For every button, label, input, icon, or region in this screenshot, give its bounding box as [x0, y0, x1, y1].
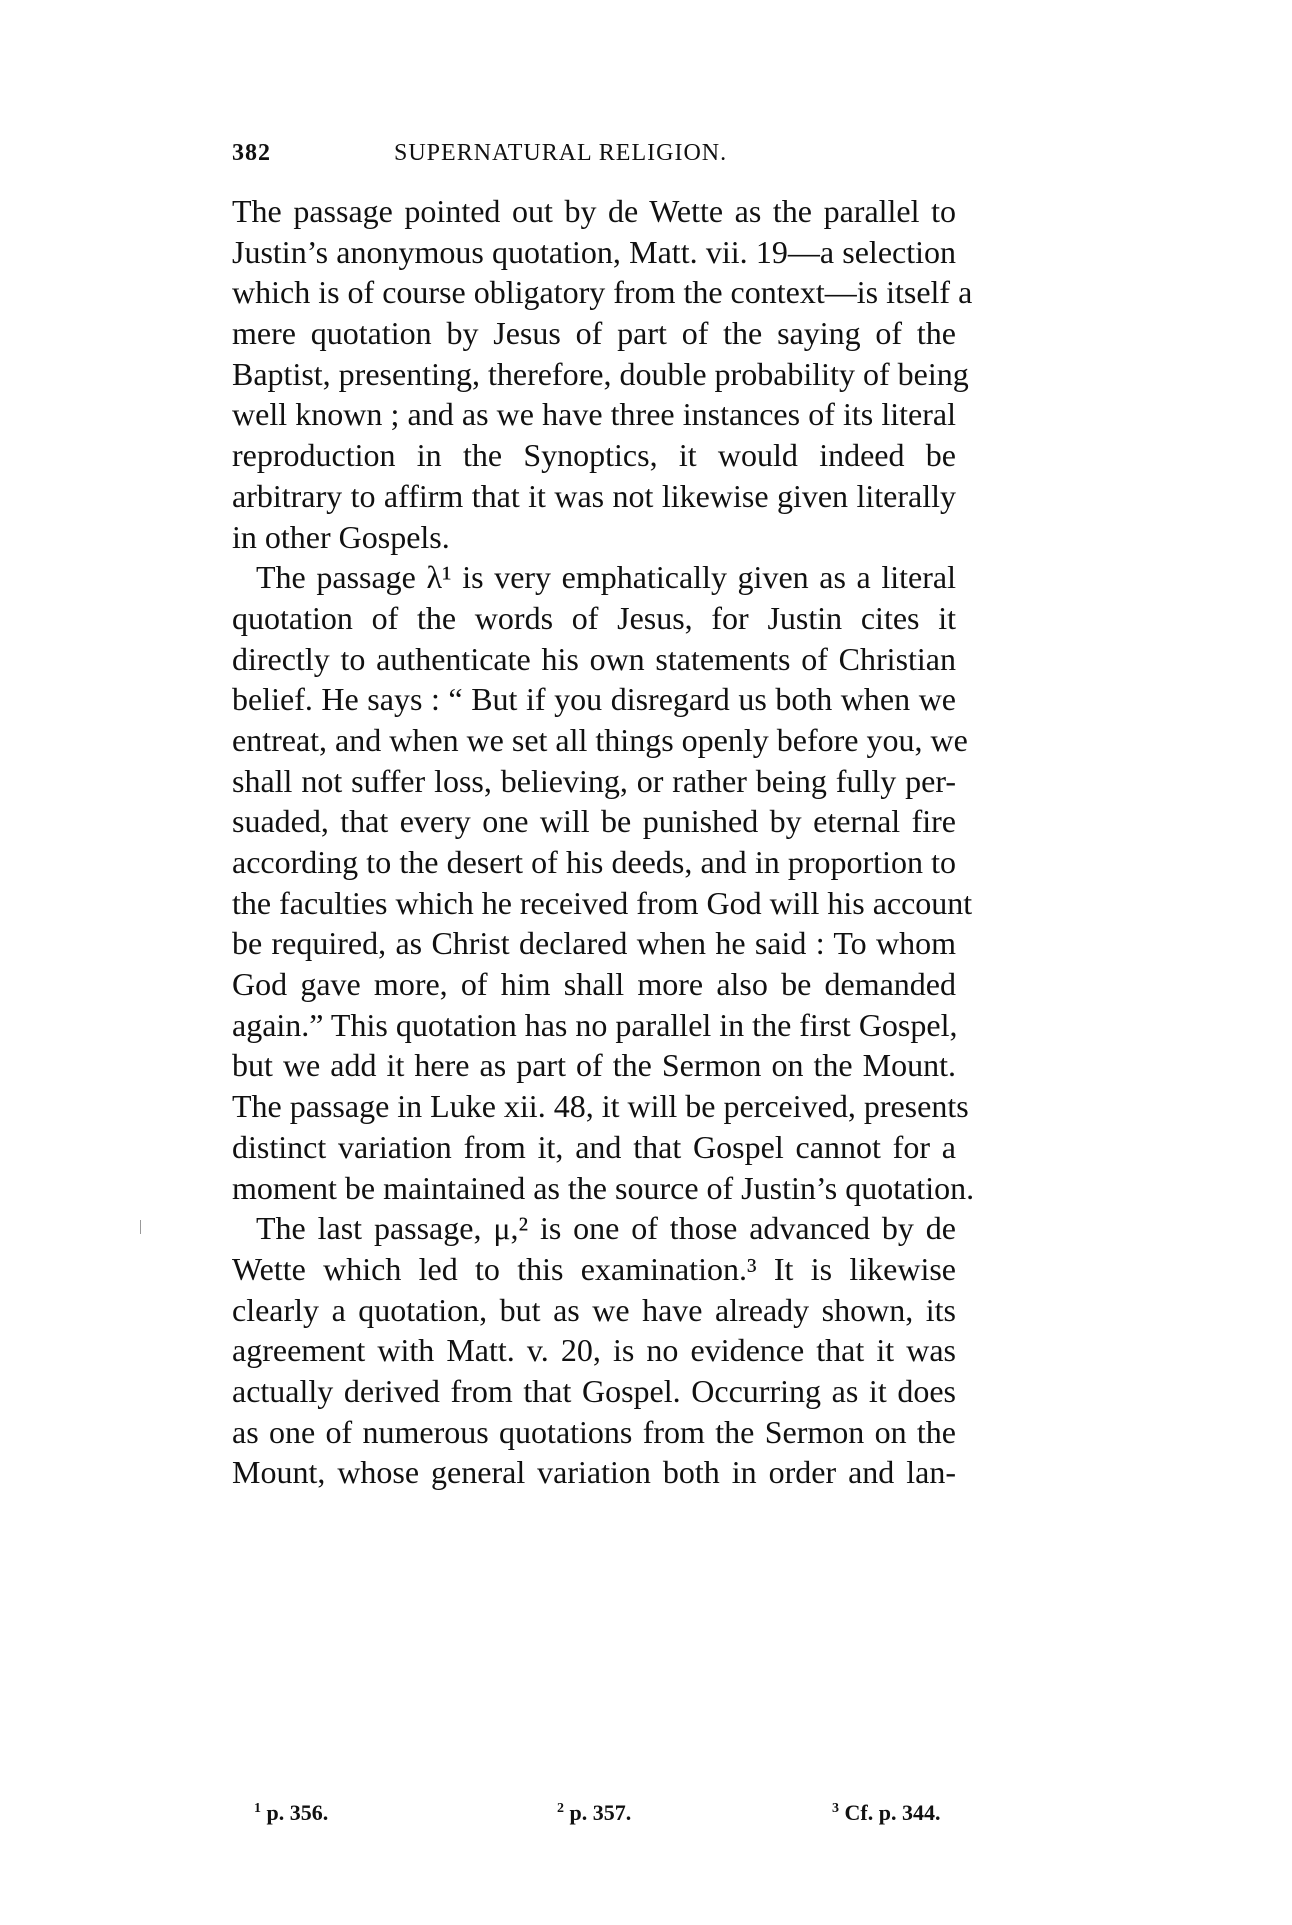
page-number: 382 [232, 140, 271, 167]
text-line: reproduction in the Synoptics, it would … [232, 435, 956, 476]
text-line: The passage in Luke xii. 48, it will be … [232, 1086, 956, 1127]
text-line: quotation of the words of Jesus, for Jus… [232, 598, 956, 639]
text-line: agreement with Matt. v. 20, is no eviden… [232, 1330, 956, 1371]
text-line: shall not suffer loss, believing, or rat… [232, 761, 956, 802]
text-line: The passage pointed out by de Wette as t… [232, 191, 956, 232]
text-line: as one of numerous quotations from the S… [232, 1412, 956, 1453]
text-line: be required, as Christ declared when he … [232, 923, 956, 964]
text-line: again.” This quotation has no parallel i… [232, 1005, 956, 1046]
book-page: 382 SUPERNATURAL RELIGION. The passage p… [0, 0, 1292, 1925]
text-line: Baptist, presenting, therefore, double p… [232, 354, 956, 395]
text-line: well known ; and as we have three instan… [232, 394, 956, 435]
text-line: The last passage, μ,² is one of those ad… [232, 1208, 956, 1249]
text-line: Justin’s anonymous quotation, Matt. vii.… [232, 232, 956, 273]
text-line: in other Gospels. [232, 517, 956, 558]
footnotes: 1 p. 356. 2 p. 357. 3 Cf. p. 344. [232, 1800, 956, 1840]
running-head: SUPERNATURAL RELIGION. [394, 140, 727, 167]
text-line: belief. He says : “ But if you disregard… [232, 679, 956, 720]
text-line: but we add it here as part of the Sermon… [232, 1045, 956, 1086]
text-line: according to the desert of his deeds, an… [232, 842, 956, 883]
text-line: mere quotation by Jesus of part of the s… [232, 313, 956, 354]
text-line: clearly a quotation, but as we have alre… [232, 1290, 956, 1331]
footnote-2: 2 p. 357. [557, 1800, 631, 1826]
scan-mark [140, 1220, 141, 1234]
footnote-3: 3 Cf. p. 344. [832, 1800, 940, 1826]
text-line: actually derived from that Gospel. Occur… [232, 1371, 956, 1412]
text-line: Mount, whose general variation both in o… [232, 1452, 956, 1493]
text-line: Wette which led to this examination.³ It… [232, 1249, 956, 1290]
text-line: entreat, and when we set all things open… [232, 720, 956, 761]
text-line: directly to authenticate his own stateme… [232, 639, 956, 680]
text-line: God gave more, of him shall more also be… [232, 964, 956, 1005]
text-line: suaded, that every one will be punished … [232, 801, 956, 842]
text-line: which is of course obligatory from the c… [232, 272, 956, 313]
page-header: 382 SUPERNATURAL RELIGION. [232, 140, 952, 180]
footnote-1: 1 p. 356. [254, 1800, 328, 1826]
text-line: moment be maintained as the source of Ju… [232, 1168, 956, 1209]
text-line: The passage λ¹ is very emphatically give… [232, 557, 956, 598]
text-line: arbitrary to affirm that it was not like… [232, 476, 956, 517]
text-line: the faculties which he received from God… [232, 883, 956, 924]
body-text: The passage pointed out by de Wette as t… [232, 191, 956, 1493]
text-line: distinct variation from it, and that Gos… [232, 1127, 956, 1168]
